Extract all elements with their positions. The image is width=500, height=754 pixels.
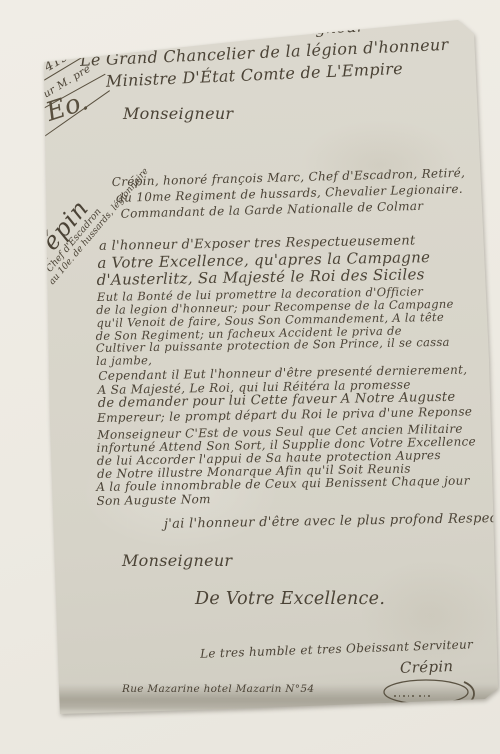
closing-salutation: Monseigneur: [122, 553, 232, 570]
body-line: Son Auguste Nom: [96, 493, 210, 508]
signature: Crépin: [400, 659, 454, 677]
closing-address: De Votre Excellence.: [195, 590, 385, 608]
signature-paraph: [380, 676, 490, 716]
body-line: la jambe,: [96, 354, 152, 367]
photo-mat: N°. 41910 pour M. pre Eo. Crépin Chef d'…: [0, 0, 500, 754]
paper: N°. 41910 pour M. pre Eo. Crépin Chef d'…: [0, 0, 500, 754]
closing-line: j'ai l'honneur d'être avec le plus profo…: [164, 512, 500, 532]
sender-address: Rue Mazarine hotel Mazarin N°54: [122, 684, 314, 695]
